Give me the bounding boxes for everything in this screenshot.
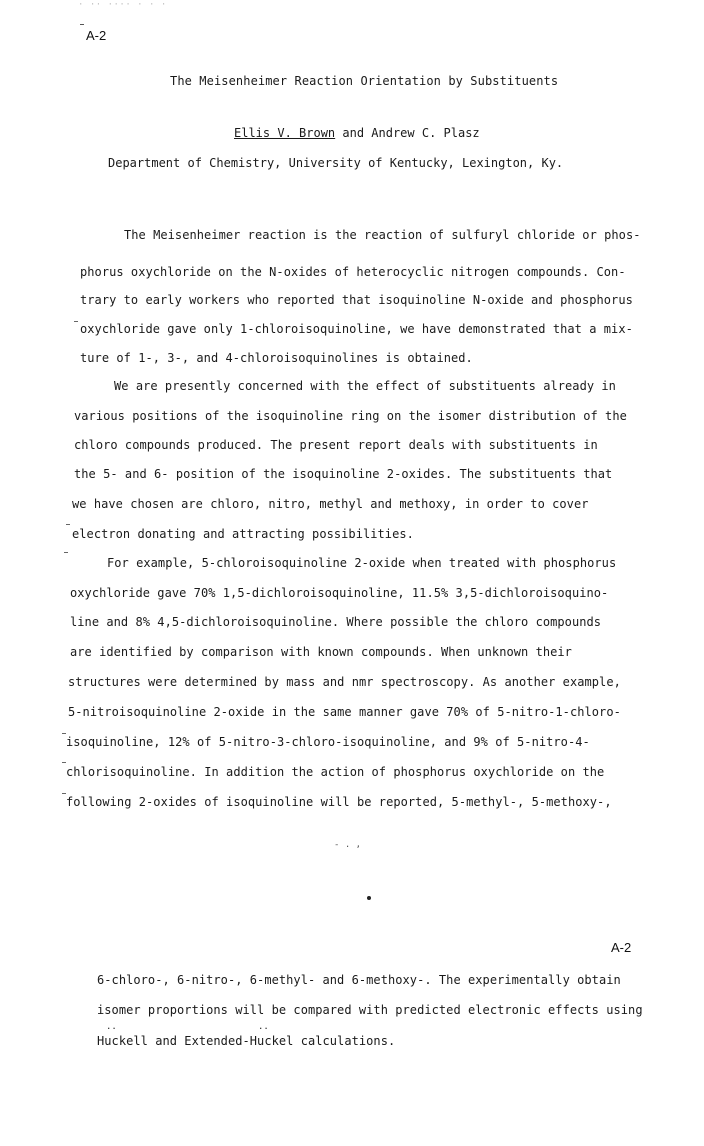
- umlaut-mark: ..: [106, 1022, 117, 1032]
- paragraph-1-line-4: oxychloride gave only 1-chloroisoquinoli…: [80, 322, 633, 336]
- margin-tick: [62, 793, 66, 794]
- authors-line: Ellis V. Brown and Andrew C. Plasz: [234, 126, 480, 140]
- umlaut-mark: ..: [258, 1022, 269, 1032]
- paragraph-3-line-3: line and 8% 4,5-dichloroisoquinoline. Wh…: [70, 615, 601, 629]
- continuation-line-2: isomer proportions will be compared with…: [97, 1003, 643, 1017]
- margin-tick: [62, 762, 66, 763]
- margin-tick: [64, 552, 68, 553]
- continuation-line-1: 6-chloro-, 6-nitro-, 6-methyl- and 6-met…: [97, 973, 621, 987]
- paragraph-1-line-3: trary to early workers who reported that…: [80, 293, 633, 307]
- paragraph-3-line-2: oxychloride gave 70% 1,5-dichloroisoquin…: [70, 586, 608, 600]
- paragraph-2-line-1: We are presently concerned with the effe…: [114, 379, 616, 393]
- page-break-bullet: [367, 896, 371, 900]
- continuation-line-3: Huckell and Extended-Huckel calculations…: [97, 1034, 395, 1048]
- margin-tick: [66, 524, 70, 525]
- page-label-bottom: A-2: [611, 940, 631, 955]
- author-first: Ellis V. Brown: [234, 126, 335, 140]
- paragraph-2-line-4: the 5- and 6- position of the isoquinoli…: [74, 467, 612, 481]
- paragraph-2-line-3: chloro compounds produced. The present r…: [74, 438, 598, 452]
- author-connector: and: [335, 126, 371, 140]
- paragraph-3-line-5: structures were determined by mass and n…: [68, 675, 621, 689]
- margin-tick: [62, 733, 66, 734]
- page-label-top: A-2: [86, 28, 106, 43]
- document-page: · ·· ···· · · · A-2 The Meisenheimer Rea…: [0, 0, 704, 1146]
- scan-artifact: · ·· ···· · · ·: [78, 0, 167, 10]
- author-second: Andrew C. Plasz: [371, 126, 479, 140]
- paragraph-3-line-1: For example, 5-chloroisoquinoline 2-oxid…: [107, 556, 616, 570]
- paragraph-2-line-2: various positions of the isoquinoline ri…: [74, 409, 627, 423]
- paragraph-1-line-1: The Meisenheimer reaction is the reactio…: [124, 228, 641, 242]
- paragraph-3-line-9: following 2-oxides of isoquinoline will …: [66, 795, 612, 809]
- paragraph-3-line-7: isoquinoline, 12% of 5-nitro-3-chloro-is…: [66, 735, 590, 749]
- paragraph-3-line-8: chlorisoquinoline. In addition the actio…: [66, 765, 604, 779]
- paragraph-3-line-6: 5-nitroisoquinoline 2-oxide in the same …: [68, 705, 621, 719]
- paragraph-1-line-5: ture of 1-, 3-, and 4-chloroisoquinoline…: [80, 351, 473, 365]
- paragraph-2-line-6: electron donating and attracting possibi…: [72, 527, 414, 541]
- paper-title: The Meisenheimer Reaction Orientation by…: [170, 74, 558, 88]
- margin-tick: [74, 321, 78, 322]
- paragraph-3-line-4: are identified by comparison with known …: [70, 645, 572, 659]
- page-break-dots: - . ,: [334, 840, 361, 850]
- paragraph-2-line-5: we have chosen are chloro, nitro, methyl…: [72, 497, 589, 511]
- paragraph-1-line-2: phorus oxychloride on the N-oxides of he…: [80, 265, 626, 279]
- affiliation: Department of Chemistry, University of K…: [108, 156, 563, 170]
